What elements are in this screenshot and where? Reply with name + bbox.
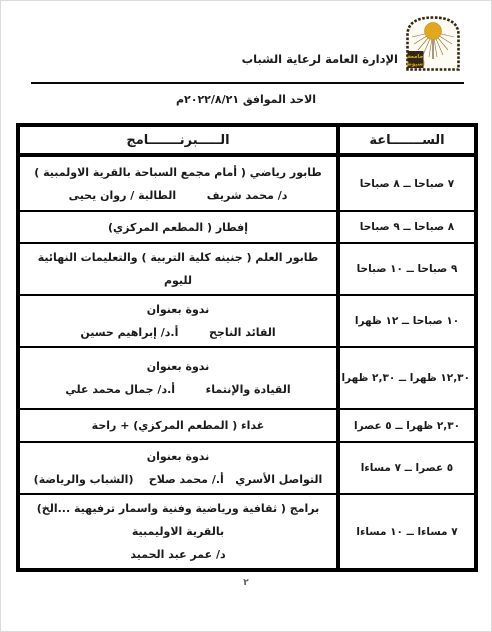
program-line: ندوة بعنوان [24, 355, 332, 378]
program-cell: برامج ( ثقافية ورياضية وفنية واسمار ترفي… [18, 494, 338, 570]
program-line: د/ محمد شريف الطالبة / روان يحيى [24, 184, 332, 207]
time-column-header: الســـــــاعة [338, 125, 476, 155]
program-column-header: الـــــبرنـــــــامج [18, 125, 338, 155]
program-line: ندوة بعنوان [24, 445, 332, 468]
time-cell: ٢,٣٠ ظهرا ــ ٥ عصرا [338, 409, 476, 442]
program-cell: ندوة بعنوانالقائد الناجح أ.د/ إبراهيم حس… [18, 295, 338, 347]
table-row: ٨ صباحا ــ ٩ صباحاإفطار ( المطعم المركزي… [18, 211, 476, 243]
table-row: ١٢,٣٠ ظهرا ــ ٢,٣٠ ظهراندوة بعنوانالقياد… [18, 347, 476, 409]
time-cell: ١٠ صباحا ــ ١٢ ظهرا [338, 295, 476, 347]
table-row: ٢,٣٠ ظهرا ــ ٥ عصراغداء ( المطعم المركزي… [18, 409, 476, 442]
program-line: ندوة بعنوان [24, 298, 332, 321]
program-line: القيادة والإنتماء أ.د/ جمال محمد علي [24, 378, 332, 401]
schedule-body: ٧ صباحا ــ ٨ صباحاطابور رياضي ( أمام مجم… [18, 155, 476, 570]
date-line: الاحد الموافق ٢٠٢٢/٨/٢١م [1, 93, 491, 106]
program-cell: غداء ( المطعم المركزي) + راحة [18, 409, 338, 442]
logo-label-line2: أسيوط [406, 60, 425, 68]
program-line: طابور رياضي ( أمام مجمع السباحة بالقرية … [24, 161, 332, 184]
document-page: جامعة أسيوط الإدارة العامة لرعاية الشباب… [0, 0, 492, 632]
program-cell: ندوة بعنوانالقيادة والإنتماء أ.د/ جمال م… [18, 347, 338, 409]
program-line: إفطار ( المطعم المركزي) [24, 216, 332, 239]
program-cell: طابور العلم ( جنينه كلية التربية ) والتع… [18, 243, 338, 295]
table-header-row: الســـــــاعة الـــــبرنـــــــامج [18, 125, 476, 155]
table-row: ١٠ صباحا ــ ١٢ ظهراندوة بعنوانالقائد الن… [18, 295, 476, 347]
table-row: ٥ عصرا ــ ٧ مساءاندوة بعنوانالتواصل الأس… [18, 442, 476, 494]
time-cell: ١٢,٣٠ ظهرا ــ ٢,٣٠ ظهرا [338, 347, 476, 409]
time-cell: ٥ عصرا ــ ٧ مساءا [338, 442, 476, 494]
table-row: ٧ صباحا ــ ٨ صباحاطابور رياضي ( أمام مجم… [18, 155, 476, 211]
program-cell: ندوة بعنوانالتواصل الأسري أ./ محمد صلاح … [18, 442, 338, 494]
time-cell: ٨ صباحا ــ ٩ صباحا [338, 211, 476, 243]
time-cell: ٧ مساءا ــ ١٠ مساءا [338, 494, 476, 570]
program-line: د/ عمر عبد الحميد [24, 543, 332, 566]
time-cell: ٩ صباحا ــ ١٠ صباحا [338, 243, 476, 295]
schedule-table: الســـــــاعة الـــــبرنـــــــامج ٧ صبا… [16, 123, 478, 572]
program-line: غداء ( المطعم المركزي) + راحة [24, 414, 332, 437]
program-line: برامج ( ثقافية ورياضية وفنية واسمار ترفي… [24, 497, 332, 543]
program-cell: إفطار ( المطعم المركزي) [18, 211, 338, 243]
time-cell: ٧ صباحا ــ ٨ صباحا [338, 155, 476, 211]
program-line: طابور العلم ( جنينه كلية التربية ) والتع… [24, 246, 332, 292]
program-cell: طابور رياضي ( أمام مجمع السباحة بالقرية … [18, 155, 338, 211]
logo-label-line1: جامعة [408, 54, 424, 60]
page-number: ٢ [1, 578, 491, 588]
table-row: ٧ مساءا ــ ١٠ مساءابرامج ( ثقافية ورياضي… [18, 494, 476, 570]
org-title: الإدارة العامة لرعاية الشباب [242, 52, 398, 66]
header-divider [31, 82, 464, 84]
table-row: ٩ صباحا ــ ١٠ صباحاطابور العلم ( جنينه ك… [18, 243, 476, 295]
university-logo-icon: جامعة أسيوط [404, 14, 462, 73]
program-line: القائد الناجح أ.د/ إبراهيم حسين [24, 321, 332, 344]
sun-icon [425, 23, 442, 40]
program-line: التواصل الأسري أ./ محمد صلاح (الشباب وال… [24, 468, 332, 491]
